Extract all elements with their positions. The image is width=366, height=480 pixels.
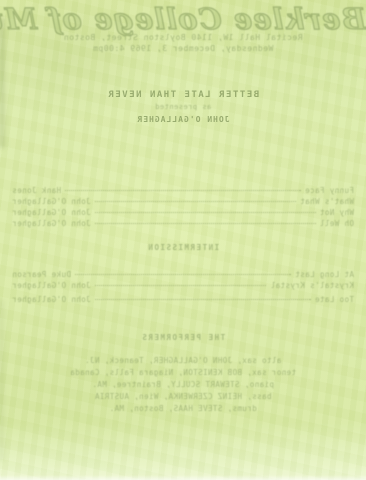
piece-title: Funny Face bbox=[305, 185, 354, 196]
program-row: What's What John O'Gallagher bbox=[12, 196, 354, 207]
performer-line: drums, STEVE HAAS, Boston, MA. bbox=[0, 403, 366, 415]
performer-line: bass, HEINZ CZERWENKA, Wien, AUSTRIA bbox=[0, 391, 366, 403]
date-line: Wednesday, December 3, 1969 4:00pm bbox=[0, 44, 366, 53]
piece-title: At Long Last bbox=[295, 269, 354, 280]
piece-title: Too Late bbox=[315, 294, 354, 305]
scanned-program-page: Berklee College of Music Recital Hall 1W… bbox=[0, 0, 366, 480]
address-line: Recital Hall 1W, 1140 Boylston Street, B… bbox=[0, 33, 366, 42]
performer-line: alto sax, JOHN O'GALLAGHER, Teaneck, NJ. bbox=[0, 355, 366, 367]
show-presenter: JOHN O'GALLAGHER bbox=[0, 115, 366, 124]
dot-leader bbox=[75, 274, 291, 275]
performer-line: tenor sax, BOB KENISTON, Niagara Falls, … bbox=[0, 367, 366, 379]
scan-bottom-edge bbox=[0, 475, 366, 480]
program-row: Too Late John O'Gallagher bbox=[12, 294, 354, 305]
performer-name: John O'Gallagher bbox=[12, 294, 91, 305]
program-row: Why Not John O'Gallagher bbox=[12, 207, 354, 218]
program-list-one: Funny Face Hank Jones What's What John O… bbox=[12, 185, 354, 229]
dot-leader bbox=[95, 285, 267, 286]
show-subtitle: as presented bbox=[0, 103, 366, 111]
performer-name: John O'Gallagher bbox=[12, 280, 91, 291]
performer-name: Duke Pearson bbox=[12, 269, 71, 280]
performer-name: John O'Gallagher bbox=[12, 196, 91, 207]
performer-name: Hank Jones bbox=[12, 185, 61, 196]
piece-title: Why Not bbox=[320, 207, 354, 218]
show-title: BETTER LATE THAN NEVER bbox=[0, 90, 366, 100]
dot-leader bbox=[95, 201, 296, 202]
program-row: Funny Face Hank Jones bbox=[12, 185, 354, 196]
performer-roster: alto sax, JOHN O'GALLAGHER, Teaneck, NJ.… bbox=[0, 355, 366, 415]
program-row: At Long Last Duke Pearson bbox=[12, 269, 354, 280]
program-row: Oh Well John O'Gallagher bbox=[12, 218, 354, 229]
performer-name: John O'Gallagher bbox=[12, 218, 91, 229]
program-row: Krystal's Krystal John O'Gallagher bbox=[12, 280, 354, 291]
title-block: BETTER LATE THAN NEVER as presented JOHN… bbox=[0, 90, 366, 124]
dot-leader bbox=[95, 212, 316, 213]
piece-title: Oh Well bbox=[320, 218, 354, 229]
dot-leader bbox=[95, 223, 316, 224]
performers-heading: THE PERFORMERS bbox=[0, 333, 366, 342]
dot-leader bbox=[65, 190, 301, 191]
dot-leader bbox=[95, 299, 311, 300]
performer-line: piano, STEWART SCULLY, Braintree, MA. bbox=[0, 379, 366, 391]
piece-title: Krystal's Krystal bbox=[270, 280, 354, 291]
masthead-school-name: Berklee College of Music bbox=[0, 2, 366, 36]
performer-name: John O'Gallagher bbox=[12, 207, 91, 218]
program-list-two: At Long Last Duke Pearson Krystal's Krys… bbox=[12, 269, 354, 305]
piece-title: What's What bbox=[300, 196, 354, 207]
intermission-heading: INTERMISSION bbox=[0, 243, 366, 252]
